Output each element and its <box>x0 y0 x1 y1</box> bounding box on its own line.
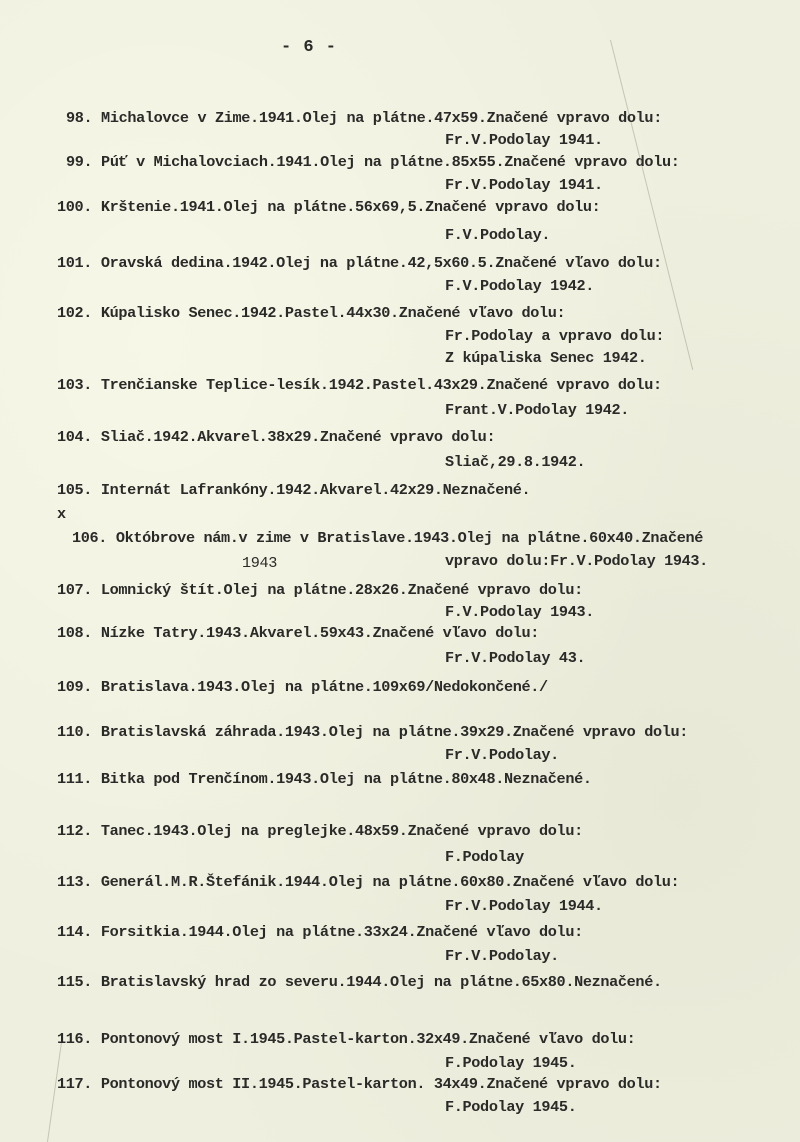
entry-number: 104. <box>57 428 92 446</box>
catalog-entry: 108. Nízke Tatry.1943.Akvarel.59x43.Znač… <box>57 623 539 643</box>
catalog-entry: 111. Bitka pod Trenčínom.1943.Olej na pl… <box>57 769 592 789</box>
entry-number: 100. <box>57 198 92 216</box>
entry-description: Bratislavský hrad zo severu.1944.Olej na… <box>92 973 662 991</box>
entry-signature-line: Sliač,29.8.1942. <box>445 452 585 472</box>
catalog-entry: 117. Pontonový most II.1945.Pastel-karto… <box>57 1074 662 1094</box>
entry-signature-line: F.Podolay <box>445 847 524 867</box>
catalog-entry: 110. Bratislavská záhrada.1943.Olej na p… <box>57 722 688 742</box>
catalog-entry: 101. Oravská dedina.1942.Olej na plátne.… <box>57 253 662 273</box>
entry-description: Krštenie.1941.Olej na plátne.56x69,5.Zna… <box>92 198 600 216</box>
entry-description: Michalovce v Zime.1941.Olej na plátne.47… <box>92 109 662 127</box>
catalog-entry: 114. Forsitkia.1944.Olej na plátne.33x24… <box>57 922 583 942</box>
entry-description: Forsitkia.1944.Olej na plátne.33x24.Znač… <box>92 923 583 941</box>
entry-description: Pontonový most I.1945.Pastel-karton.32x4… <box>92 1030 635 1048</box>
entry-number: 105. <box>57 481 92 499</box>
entry-number: 98. <box>66 109 92 127</box>
entry-description: Generál.M.R.Štefánik.1944.Olej na plátne… <box>92 873 679 891</box>
catalog-entry: 105. Internát Lafrankóny.1942.Akvarel.42… <box>57 480 530 500</box>
entry-number: 117. <box>57 1075 92 1093</box>
typewritten-page: - 6 - 98. Michalovce v Zime.1941.Olej na… <box>0 0 800 1142</box>
entry-number: 110. <box>57 723 92 741</box>
catalog-entry: 109. Bratislava.1943.Olej na plátne.109x… <box>57 677 548 697</box>
entry-description: Tanec.1943.Olej na preglejke.48x59.Znače… <box>92 822 583 840</box>
margin-mark: x <box>57 504 66 524</box>
paper-crease <box>610 40 693 370</box>
catalog-entry: 98. Michalovce v Zime.1941.Olej na plátn… <box>66 108 662 128</box>
entry-year-note: 1943 <box>242 553 277 573</box>
entry-description: Nízke Tatry.1943.Akvarel.59x43.Značené v… <box>92 624 539 642</box>
catalog-entry: 102. Kúpalisko Senec.1942.Pastel.44x30.Z… <box>57 303 565 323</box>
catalog-entry: 116. Pontonový most I.1945.Pastel-karton… <box>57 1029 635 1049</box>
entry-signature-line: Frant.V.Podolay 1942. <box>445 400 629 420</box>
entry-number: 116. <box>57 1030 92 1048</box>
entry-signature-line: F.V.Podolay 1943. <box>445 602 594 622</box>
entry-description: Oravská dedina.1942.Olej na plátne.42,5x… <box>92 254 662 272</box>
entry-signature-line: Fr.V.Podolay. <box>445 745 559 765</box>
entry-description: Lomnický štít.Olej na plátne.28x26.Znače… <box>92 581 583 599</box>
entry-number: 106. <box>72 529 107 547</box>
entry-description: Pontonový most II.1945.Pastel-karton. 34… <box>92 1075 662 1093</box>
catalog-entry: 99. Púť v Michalovciach.1941.Olej na plá… <box>66 152 679 172</box>
entry-number: 102. <box>57 304 92 322</box>
entry-number: 109. <box>57 678 92 696</box>
entry-number: 114. <box>57 923 92 941</box>
entry-description: Bratislavská záhrada.1943.Olej na plátne… <box>92 723 688 741</box>
entry-description: Bitka pod Trenčínom.1943.Olej na plátne.… <box>92 770 592 788</box>
entry-description: Októbrove nám.v zime v Bratislave.1943.O… <box>107 529 703 547</box>
entry-signature-line: Fr.Podolay a vpravo dolu: <box>445 326 664 346</box>
entry-number: 115. <box>57 973 92 991</box>
catalog-entry: 106. Októbrove nám.v zime v Bratislave.1… <box>72 528 703 548</box>
entry-number: 113. <box>57 873 92 891</box>
catalog-entry: 113. Generál.M.R.Štefánik.1944.Olej na p… <box>57 872 679 892</box>
catalog-entry: 115. Bratislavský hrad zo severu.1944.Ol… <box>57 972 662 992</box>
entry-description: Internát Lafrankóny.1942.Akvarel.42x29.N… <box>92 481 530 499</box>
entry-number: 101. <box>57 254 92 272</box>
entry-number: 108. <box>57 624 92 642</box>
entry-signature-line: Z kúpaliska Senec 1942. <box>445 348 647 368</box>
entry-signature-line: F.Podolay 1945. <box>445 1053 576 1073</box>
entry-description: Kúpalisko Senec.1942.Pastel.44x30.Značen… <box>92 304 565 322</box>
entry-signature-line: Fr.V.Podolay 43. <box>445 648 585 668</box>
entry-number: 99. <box>66 153 92 171</box>
entry-signature-line: Fr.V.Podolay. <box>445 946 559 966</box>
catalog-entry: 103. Trenčianske Teplice-lesík.1942.Past… <box>57 375 662 395</box>
catalog-entry: 112. Tanec.1943.Olej na preglejke.48x59.… <box>57 821 583 841</box>
catalog-entry: 107. Lomnický štít.Olej na plátne.28x26.… <box>57 580 583 600</box>
entry-description: Bratislava.1943.Olej na plátne.109x69/Ne… <box>92 678 548 696</box>
catalog-entry: 104. Sliač.1942.Akvarel.38x29.Značené vp… <box>57 427 495 447</box>
entry-description: Sliač.1942.Akvarel.38x29.Značené vpravo … <box>92 428 495 446</box>
catalog-entry: 100. Krštenie.1941.Olej na plátne.56x69,… <box>57 197 600 217</box>
entry-number: 111. <box>57 770 92 788</box>
entry-signature-line: Fr.V.Podolay 1941. <box>445 130 603 150</box>
entry-description: Púť v Michalovciach.1941.Olej na plátne.… <box>92 153 679 171</box>
entry-number: 103. <box>57 376 92 394</box>
entry-signature-line: Fr.V.Podolay 1944. <box>445 896 603 916</box>
entry-signature-line: F.Podolay 1945. <box>445 1097 576 1117</box>
entry-signature-line: vpravo dolu:Fr.V.Podolay 1943. <box>445 551 708 571</box>
entry-number: 112. <box>57 822 92 840</box>
entry-description: Trenčianske Teplice-lesík.1942.Pastel.43… <box>92 376 662 394</box>
entry-number: 107. <box>57 581 92 599</box>
page-number: - 6 - <box>281 38 337 57</box>
entry-signature-line: Fr.V.Podolay 1941. <box>445 175 603 195</box>
entry-signature-line: F.V.Podolay. <box>445 225 550 245</box>
entry-signature-line: F.V.Podolay 1942. <box>445 276 594 296</box>
